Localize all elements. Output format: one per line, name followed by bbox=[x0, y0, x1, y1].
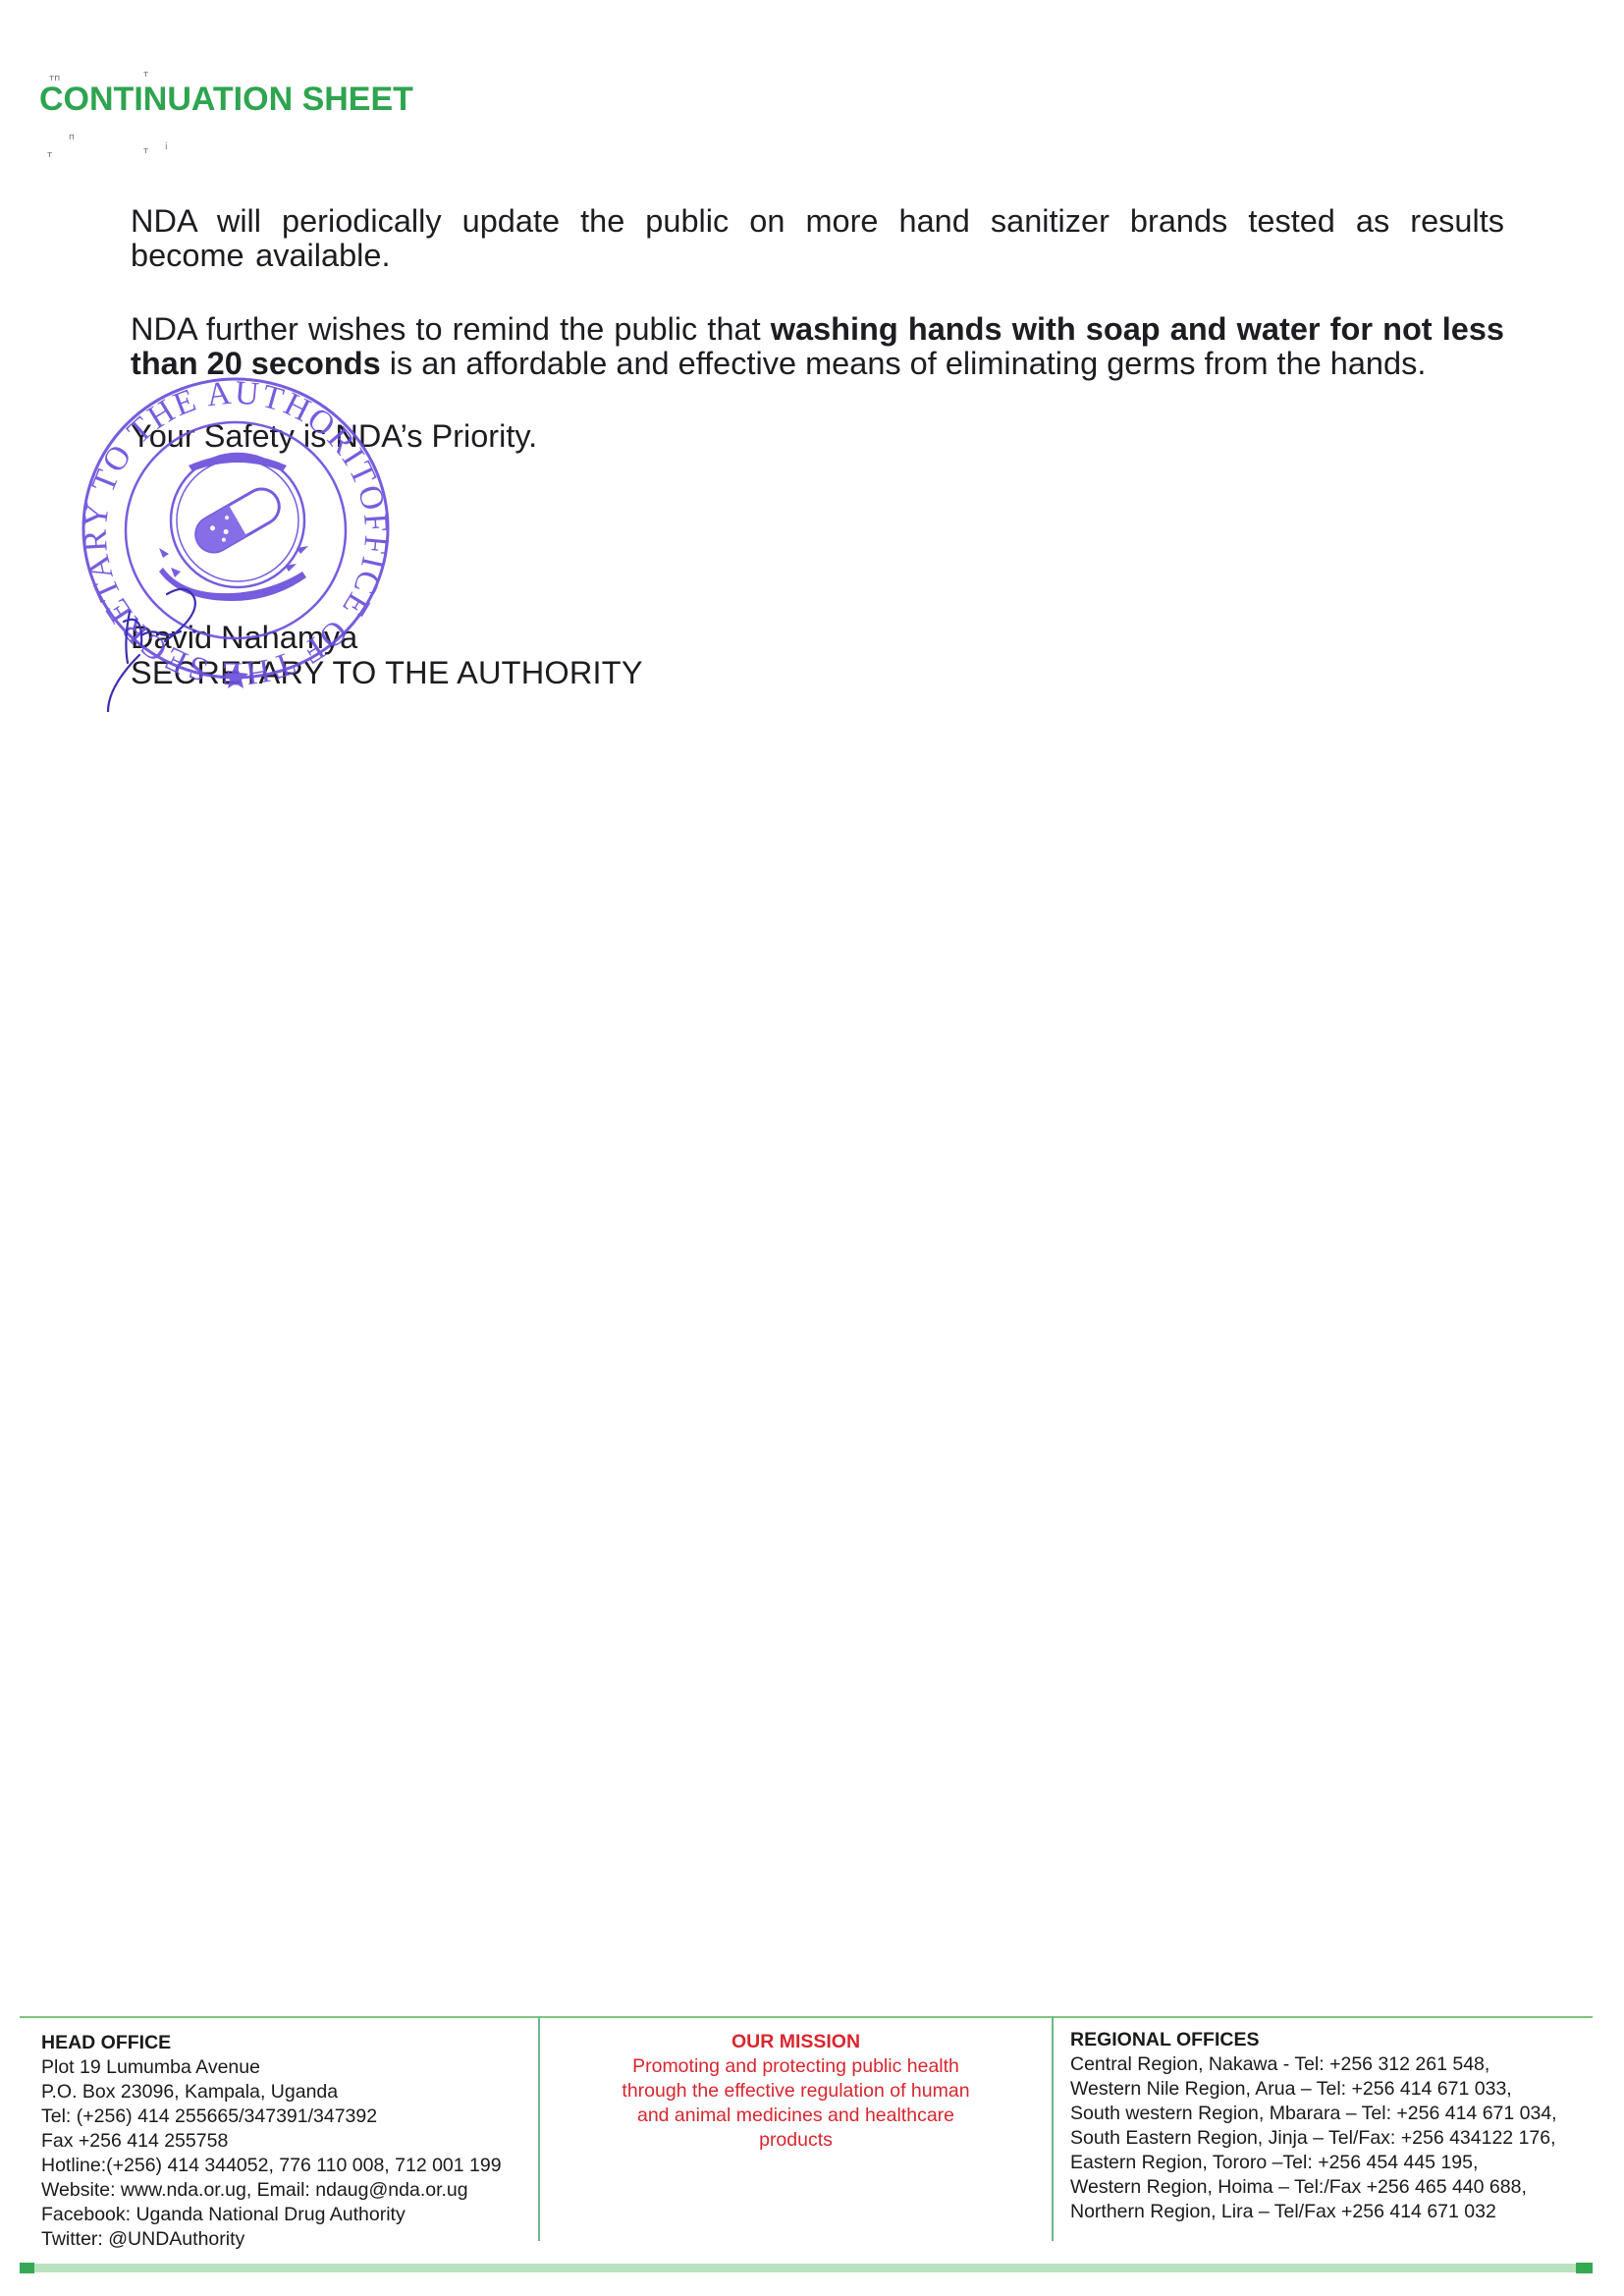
scan-speck: п bbox=[69, 134, 75, 142]
mission-block: OUR MISSION Promoting and protecting pub… bbox=[540, 2030, 1052, 2153]
regional-offices-block: REGIONAL OFFICES Central Region, Nakawa … bbox=[1070, 2028, 1557, 2224]
head-office-facebook: Facebook: Uganda National Drug Authority bbox=[41, 2203, 502, 2227]
scan-speck: т bbox=[143, 71, 148, 80]
safety-motto: Your Safety is NDA’s Priority. bbox=[131, 419, 537, 454]
regional-office-eastern: Eastern Region, Tororo –Tel: +256 454 44… bbox=[1070, 2151, 1557, 2175]
footer-bar-accent bbox=[1576, 2263, 1593, 2273]
update-paragraph: NDA will periodically update the public … bbox=[131, 204, 1504, 273]
footer-divider bbox=[1052, 2017, 1054, 2241]
continuation-sheet-title: CONTINUATION SHEET bbox=[39, 82, 413, 116]
regional-office-western: Western Region, Hoima – Tel:/Fax +256 46… bbox=[1070, 2175, 1557, 2200]
scan-speck: т bbox=[47, 151, 52, 160]
scan-speck: т bbox=[143, 147, 148, 156]
regional-office-south-eastern: South Eastern Region, Jinja – Tel/Fax: +… bbox=[1070, 2126, 1557, 2151]
head-office-hotline: Hotline:(+256) 414 344052, 776 110 008, … bbox=[41, 2154, 502, 2178]
head-office-tel: Tel: (+256) 414 255665/347391/347392 bbox=[41, 2105, 502, 2129]
footer-bar-accent bbox=[20, 2263, 34, 2273]
mission-heading: OUR MISSION bbox=[540, 2030, 1052, 2054]
head-office-twitter: Twitter: @UNDAuthority bbox=[41, 2227, 502, 2252]
regional-office-south-western: South western Region, Mbarara – Tel: +25… bbox=[1070, 2102, 1557, 2126]
head-office-block: HEAD OFFICE Plot 19 Lumumba Avenue P.O. … bbox=[41, 2031, 502, 2252]
footer-top-rule bbox=[20, 2016, 1593, 2018]
mission-text: Promoting and protecting public health t… bbox=[540, 2054, 1052, 2153]
paragraph-text: is an affordable and effective means of … bbox=[381, 346, 1427, 381]
regional-office-northern: Northern Region, Lira – Tel/Fax +256 414… bbox=[1070, 2200, 1557, 2224]
head-office-fax: Fax +256 414 255758 bbox=[41, 2129, 502, 2154]
regional-office-west-nile: Western Nile Region, Arua – Tel: +256 41… bbox=[1070, 2077, 1557, 2102]
regional-office-central: Central Region, Nakawa - Tel: +256 312 2… bbox=[1070, 2052, 1557, 2077]
head-office-po-box: P.O. Box 23096, Kampala, Uganda bbox=[41, 2080, 502, 2105]
footer-bottom-bar bbox=[20, 2264, 1593, 2272]
head-office-address: Plot 19 Lumumba Avenue bbox=[41, 2055, 502, 2080]
head-office-website-email: Website: www.nda.or.ug, Email: ndaug@nda… bbox=[41, 2178, 502, 2203]
regional-offices-heading: REGIONAL OFFICES bbox=[1070, 2028, 1557, 2052]
handwashing-paragraph: NDA further wishes to remind the public … bbox=[131, 312, 1504, 381]
paragraph-text: NDA further wishes to remind the public … bbox=[131, 311, 771, 347]
signer-name: David Nahamya bbox=[131, 621, 357, 655]
head-office-heading: HEAD OFFICE bbox=[41, 2031, 502, 2055]
capsule-emblem-icon bbox=[189, 482, 286, 558]
scan-speck: і bbox=[165, 143, 168, 152]
signer-title: SECRETARY TO THE AUTHORITY bbox=[131, 656, 643, 690]
